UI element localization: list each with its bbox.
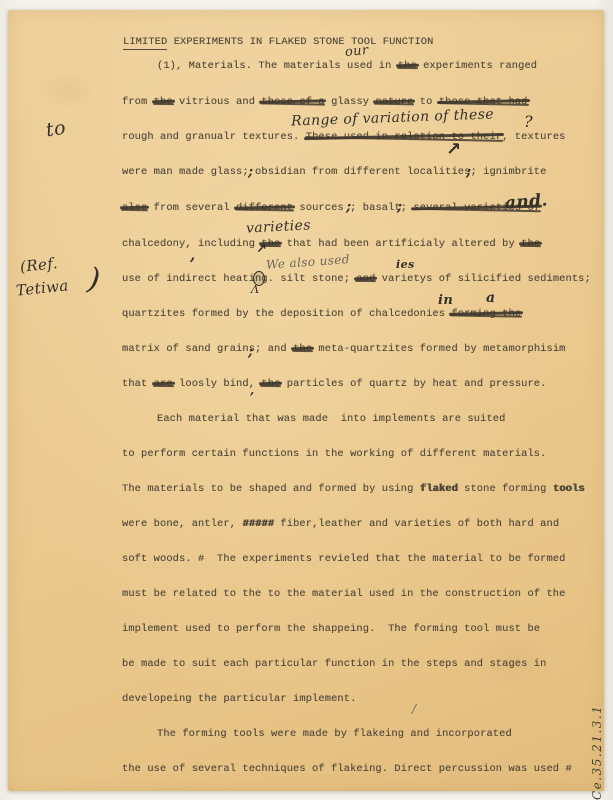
typed-text: LIMITED <box>123 36 167 50</box>
typed-line: soft woods. # The experiments revieled t… <box>122 553 565 566</box>
typed-line: also from several different sources ; ba… <box>122 202 540 215</box>
typed-line: chalcedony, including the that had been … <box>122 238 540 251</box>
typed-line: matrix of sand grains; and the meta-quar… <box>122 343 566 356</box>
typed-text: Each material that was made into impleme… <box>157 413 505 425</box>
struck-out-text: the <box>154 96 173 108</box>
stray-slash-mark: / <box>412 702 416 716</box>
typed-text: stone forming <box>458 483 553 495</box>
typed-text: loosly bind, <box>173 378 262 390</box>
insertion-caret-heating: Λ <box>251 283 259 296</box>
typed-text: to perform certain functions in the work… <box>122 448 546 460</box>
typed-text: sources ; basalt; <box>293 202 413 214</box>
margin-insertion-to: to <box>45 117 68 142</box>
paper-stain <box>38 70 98 110</box>
typed-text: quartzites formed by the deposition of c… <box>122 308 451 320</box>
typed-text: must be related to the to the material u… <box>122 588 565 600</box>
handwritten-comma-chalcedony: , <box>190 246 196 264</box>
typed-line: that are loosly bind, the particles of q… <box>122 378 547 391</box>
typed-text: matrix of sand grains; and <box>122 343 293 355</box>
typed-text: ##### <box>242 518 274 530</box>
typed-line: the use of several techniques of flakein… <box>122 763 572 776</box>
insertion-ies: ies <box>396 258 415 271</box>
typed-text: vitrious and <box>173 96 262 108</box>
insertion-and: and. <box>504 191 548 214</box>
typed-text: EXPERIMENTS IN FLAKED STONE TOOL FUNCTIO… <box>167 36 433 48</box>
typed-text: that <box>122 378 154 390</box>
typed-text: from <box>122 96 154 108</box>
typed-text: The materials to be shaped and formed by… <box>122 483 420 495</box>
typed-line: rough and granualr textures. These used … <box>122 131 566 144</box>
handwritten-semicolon-grains: ; <box>248 344 254 360</box>
struck-out-text: These used in relation to their <box>306 131 502 143</box>
struck-out-text: different <box>236 202 293 214</box>
typed-text: The forming tools were made by flakeing … <box>157 728 512 740</box>
insertion-our: our <box>344 43 369 60</box>
insertion-arrow: ↗ <box>446 139 461 160</box>
typed-line: quartzites formed by the deposition of c… <box>122 308 521 321</box>
struck-out-text: the <box>293 343 312 355</box>
margin-ref-note-line2: Tetiwa <box>15 276 69 299</box>
catalog-number: Ce.35.21.3.1 <box>590 696 604 800</box>
typed-line: Each material that was made into impleme… <box>157 413 505 426</box>
typed-line: were bone, antler, ##### fiber,leather a… <box>122 518 559 531</box>
typed-text: implement used to perform the shappeing.… <box>122 623 540 635</box>
title-line: LIMITED EXPERIMENTS IN FLAKED STONE TOOL… <box>123 36 433 49</box>
insertion-we-also-used: We also used <box>266 252 351 272</box>
struck-out-text: forming the <box>451 308 521 320</box>
insertion-a: a <box>486 290 495 306</box>
margin-ref-note-line1: (Ref. <box>19 254 58 276</box>
struck-out-text: also <box>122 202 147 214</box>
typed-text: , textures <box>502 131 565 143</box>
typed-text: glassy <box>325 96 376 108</box>
typed-text: the use of several techniques of flakein… <box>122 763 572 775</box>
handwritten-semicolon-sources: ; <box>346 199 352 215</box>
struck-out-text: the <box>261 378 280 390</box>
handwritten-semicolon-basalt: ; <box>397 199 403 215</box>
struck-out-text: nature <box>375 96 413 108</box>
typed-line: (1), Materials. The materials used in th… <box>157 60 537 73</box>
typed-line: The forming tools were made by flakeing … <box>157 728 512 741</box>
bind-insertion-mark: , <box>250 383 255 397</box>
typed-text: flaked <box>420 483 458 495</box>
insertion-in: in <box>438 293 453 308</box>
typed-text: tools <box>553 483 585 495</box>
insertion-range-of-variation: Range of variation of these <box>291 106 494 129</box>
typed-text: (1), Materials. The materials used in <box>157 60 398 72</box>
handwritten-semicolon-localities: ; <box>466 164 472 180</box>
typed-line: implement used to perform the shappeing.… <box>122 623 540 636</box>
handwritten-semicolon-glass: ; <box>248 164 254 180</box>
margin-ref-note-paren: ) <box>86 261 103 297</box>
typed-text: from several <box>147 202 236 214</box>
struck-out-text: the <box>521 238 540 250</box>
typed-line: The materials to be shaped and formed by… <box>122 483 585 496</box>
typed-text: soft woods. # The experiments revieled t… <box>122 553 565 565</box>
insertion-varieties: varieties <box>246 217 312 236</box>
typed-line: developeing the particular implement. <box>122 693 356 706</box>
typed-text: were man made glass; obsidian from diffe… <box>122 166 546 178</box>
typed-text: be made to suit each particular function… <box>122 658 546 670</box>
struck-out-text: those of a <box>261 96 324 108</box>
typed-text: varietys of silicified sediments; <box>375 273 590 285</box>
typed-line: were man made glass; obsidian from diffe… <box>122 166 546 179</box>
typed-text: developeing the particular implement. <box>122 693 356 705</box>
typed-text: use of indirect heating. silt stone; <box>122 273 356 285</box>
typed-text: were bone, antler, <box>122 518 242 530</box>
typed-line: must be related to the to the material u… <box>122 588 565 601</box>
insertion-caret-including: ↗ <box>256 242 267 257</box>
typed-text: particles of quartz by heat and pressure… <box>280 378 546 390</box>
typed-text: to <box>413 96 438 108</box>
struck-out-text: the <box>398 60 417 72</box>
typed-text: rough and granualr textures. <box>122 131 306 143</box>
margin-question-mark: ? <box>524 112 533 131</box>
struck-out-text: and <box>356 273 375 285</box>
typed-line: be made to suit each particular function… <box>122 658 546 671</box>
typed-text: experiments ranged <box>417 60 537 72</box>
struck-out-text: are <box>154 378 173 390</box>
typed-text: fiber,leather and varieties of both hard… <box>274 518 559 530</box>
typed-text: that had been artificialy altered by <box>280 238 521 250</box>
typed-line: to perform certain functions in the work… <box>122 448 546 461</box>
document-page: LIMITED EXPERIMENTS IN FLAKED STONE TOOL… <box>8 10 604 791</box>
typed-line: use of indirect heating. silt stone; and… <box>122 273 591 286</box>
typed-text: meta-quartzites formed by metamorphisim <box>312 343 565 355</box>
